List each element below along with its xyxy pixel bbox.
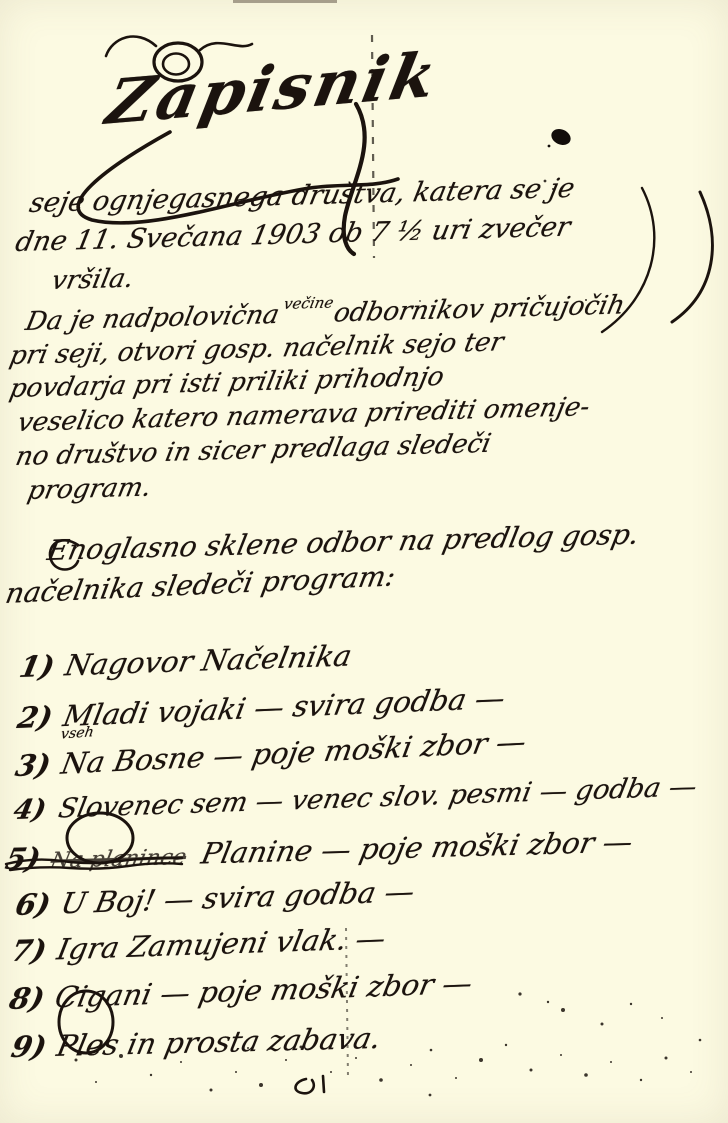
- interline-insertion: večine: [282, 294, 335, 313]
- opening-line-2: dne 11. Svečana 1903 ob 7 ½ uri zvečer: [13, 212, 573, 258]
- program-item-7-number: 7): [9, 933, 52, 968]
- paragraph1-line-6: program.: [25, 473, 154, 506]
- paragraph1-line1-post: odbornikov pričujočih: [331, 290, 627, 328]
- program-item-2: 2) Mladi vojaki — svira godba — vseh: [15, 681, 508, 735]
- program-item-5: 5) Na planince Planine — poje moški zbor…: [3, 825, 636, 876]
- program-item-5-struck-text: Na planince: [48, 845, 188, 874]
- opening-line-1: seje ognjegasnega društva, katera se je: [27, 173, 578, 219]
- program-item-9-text: Ples in prosta zabava.: [54, 1021, 384, 1063]
- right-flourish-1: [672, 192, 712, 322]
- program-item-1-text: Nagovor Načelnika: [62, 639, 355, 683]
- paragraph1-line-1: Da je nadpolovičnavečineodbornikov priču…: [23, 290, 628, 337]
- ink-blot-satellite: [548, 145, 551, 148]
- program-item-5-number: 5): [3, 841, 46, 876]
- program-item-4-text: Slovenec sem — venec slov. pesmi — godba…: [56, 771, 700, 824]
- program-item-1: 1) Nagovor Načelnika: [17, 639, 355, 684]
- program-item-6: 6) U Boj! — svira godba —: [13, 874, 418, 922]
- ink-blot: [549, 126, 573, 148]
- paragraph1-line1-pre: Da je nadpolovična: [23, 300, 282, 337]
- program-item-7-text: Igra Zamujeni vlak. —: [54, 921, 388, 966]
- program-item-3-text: Na Bosne — poje moški zbor —: [59, 724, 529, 780]
- program-item-8-text: Cigani — poje moški zbor —: [52, 966, 475, 1014]
- program-item-6-number: 6): [13, 887, 56, 922]
- program-item-9-number: 9): [8, 1029, 51, 1064]
- program-item-9: 9) Ples in prosta zabava.: [8, 1021, 384, 1064]
- program-item-2-text: Mladi vojaki — svira godba —: [60, 681, 508, 733]
- program-item-4-number: 4): [11, 794, 53, 826]
- program-item-7: 7) Igra Zamujeni vlak. —: [9, 921, 389, 968]
- program-item-2-insertion: vseh: [60, 724, 95, 742]
- program-item-4: 4) Slovenec sem — venec slov. pesmi — go…: [11, 771, 700, 826]
- program-item-1-number: 1): [17, 649, 60, 684]
- program-item-8-number: 8): [7, 981, 50, 1016]
- document-title: Zapisnik: [101, 38, 445, 139]
- manuscript-page: Zapisnik seje ognjegasnega društva, kate…: [0, 0, 728, 1123]
- program-item-5-text: Planine — poje moški zbor —: [198, 825, 635, 871]
- program-item-6-text: U Boj! — svira godba —: [58, 874, 417, 920]
- scan-edge-smudge: [233, 0, 337, 3]
- program-item-2-number: 2): [15, 700, 58, 735]
- paragraph2-line-2: načelnika sledeči program:: [3, 560, 398, 610]
- program-item-3-number: 3): [13, 747, 56, 783]
- paragraph2-line-1: Enoglasno sklene odbor na predlog gosp.: [45, 518, 643, 567]
- program-item-8: 8) Cigani — poje moški zbor —: [7, 966, 476, 1016]
- opening-line-3: vršila.: [49, 264, 136, 296]
- bottom-stroke-fragment: [295, 1076, 324, 1093]
